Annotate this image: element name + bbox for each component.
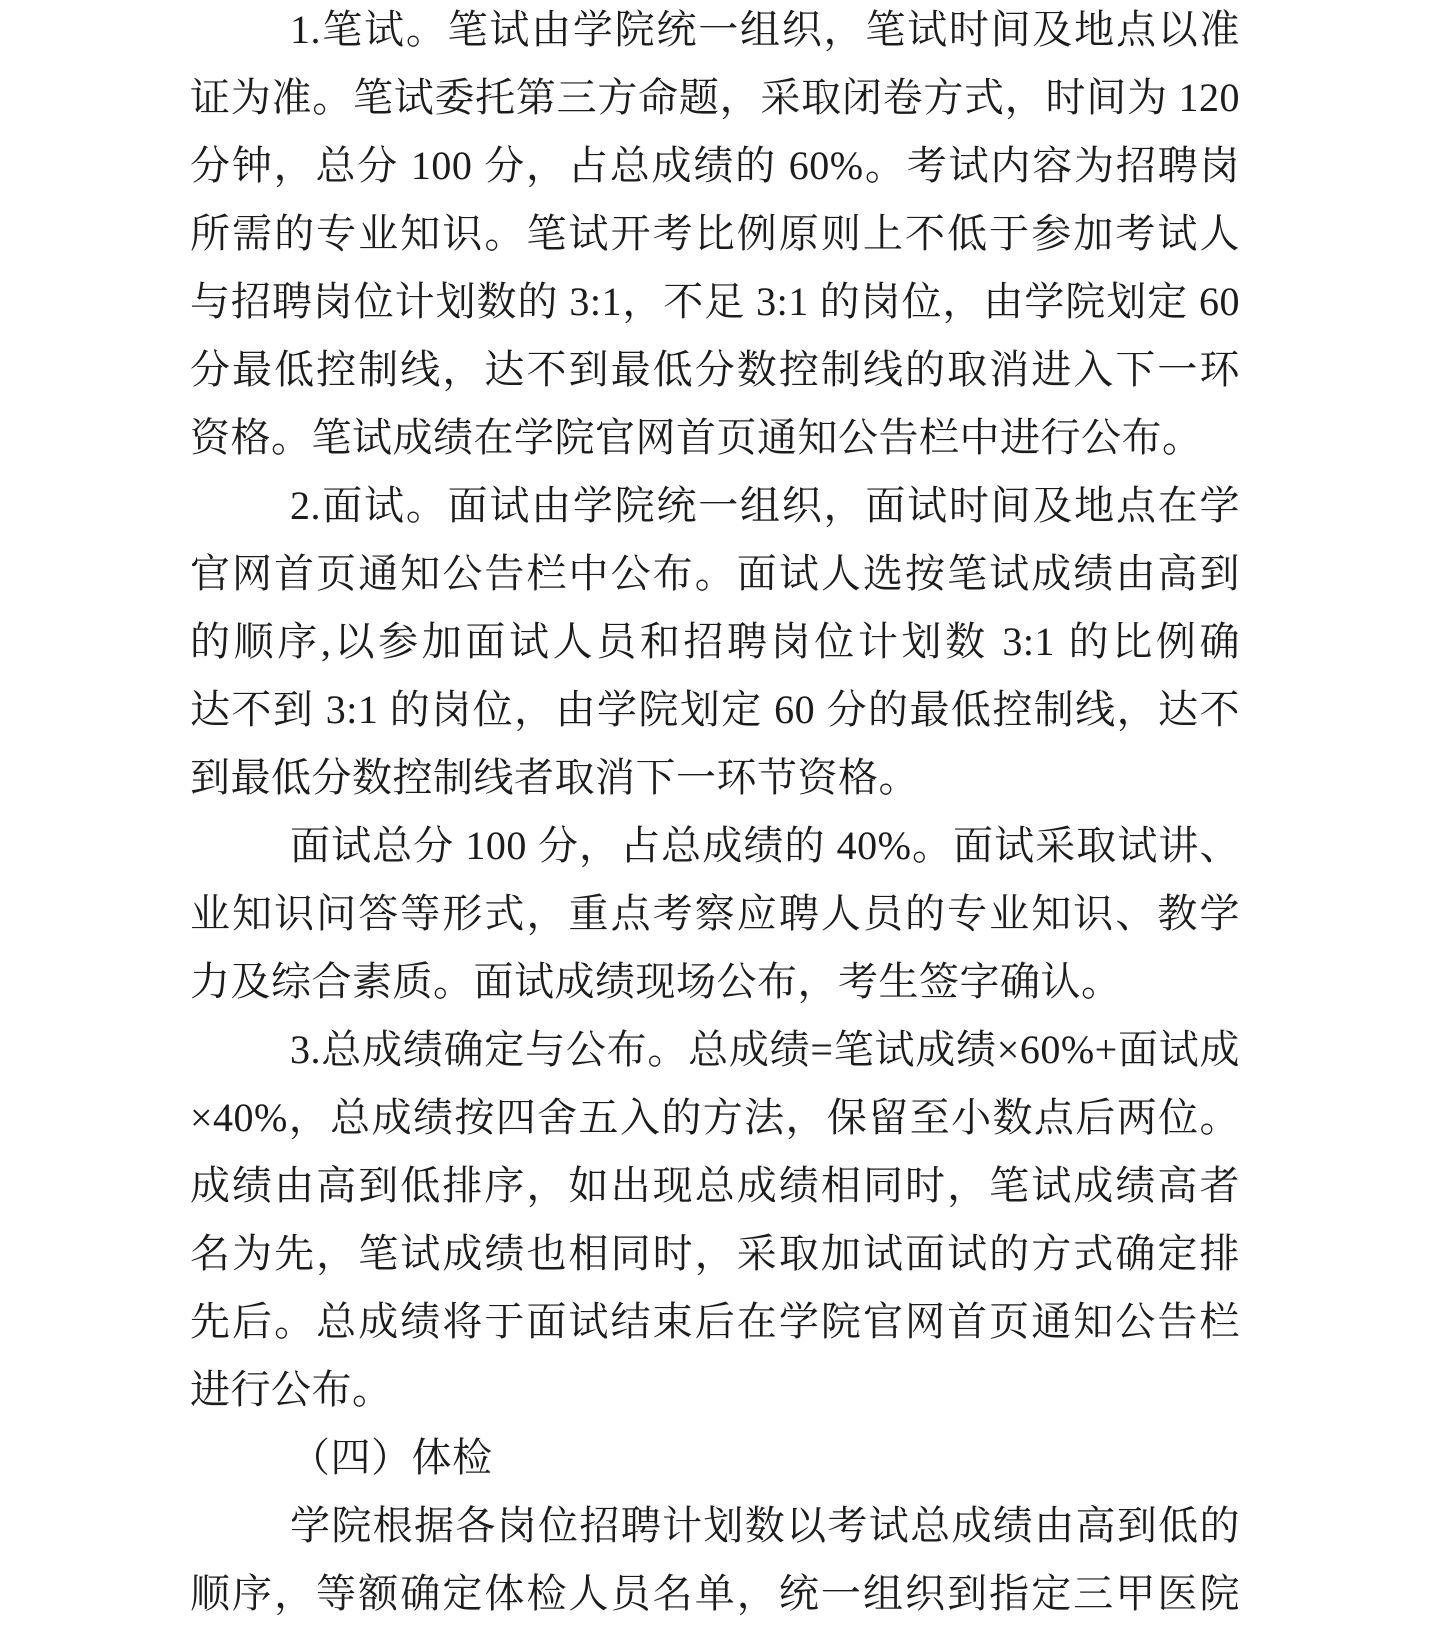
text-line: 进行公布。: [190, 1356, 1240, 1424]
text-line: 面试总分 100 分，占总成绩的 40%。面试采取试讲、专: [190, 812, 1240, 880]
text-line: 先后。总成绩将于面试结束后在学院官网首页通知公告栏中: [190, 1288, 1240, 1356]
text-line: 业知识问答等形式，重点考察应聘人员的专业知识、教学能: [190, 880, 1240, 948]
text-line: 力及综合素质。面试成绩现场公布，考生签字确认。: [190, 948, 1240, 1016]
para-physical-exam: 学院根据各岗位招聘计划数以考试总成绩由高到低的顺序，等额确定体检人员名单，统一组…: [190, 1492, 1240, 1628]
para-interview-score: 面试总分 100 分，占总成绩的 40%。面试采取试讲、专业知识问答等形式，重点…: [190, 812, 1240, 1016]
text-line: 所需的专业知识。笔试开考比例原则上不低于参加考试人数: [190, 200, 1240, 268]
para-total-score: 3.总成绩确定与公布。总成绩=笔试成绩×60%+面试成绩×40%，总成绩按四舍五…: [190, 1016, 1240, 1424]
text-line: 3.总成绩确定与公布。总成绩=笔试成绩×60%+面试成绩: [190, 1016, 1240, 1084]
text-line: ×40%，总成绩按四舍五入的方法，保留至小数点后两位。总: [190, 1084, 1240, 1152]
para-written-test: 1.笔试。笔试由学院统一组织，笔试时间及地点以准考证为准。笔试委托第三方命题，采…: [190, 0, 1240, 472]
text-line: 证为准。笔试委托第三方命题，采取闭卷方式，时间为 120: [190, 64, 1240, 132]
text-line: 分最低控制线，达不到最低分数控制线的取消进入下一环节: [190, 336, 1240, 404]
heading-physical-exam: （四）体检: [190, 1424, 1240, 1492]
text-line: （四）体检: [190, 1424, 1240, 1492]
text-line: 成绩由高到低排序，如出现总成绩相同时，笔试成绩高者排: [190, 1152, 1240, 1220]
text-line: 学院根据各岗位招聘计划数以考试总成绩由高到低的: [190, 1492, 1240, 1560]
text-line: 分钟，总分 100 分，占总成绩的 60%。考试内容为招聘岗位: [190, 132, 1240, 200]
document-page: 1.笔试。笔试由学院统一组织，笔试时间及地点以准考证为准。笔试委托第三方命题，采…: [0, 0, 1445, 1629]
text-line: 2.面试。面试由学院统一组织，面试时间及地点在学院: [190, 472, 1240, 540]
text-line: 与招聘岗位计划数的 3:1，不足 3:1 的岗位，由学院划定 60: [190, 268, 1240, 336]
text-line: 达不到 3:1 的岗位，由学院划定 60 分的最低控制线，达不: [190, 676, 1240, 744]
text-line: 名为先，笔试成绩也相同时，采取加试面试的方式确定排名: [190, 1220, 1240, 1288]
document-content: 1.笔试。笔试由学院统一组织，笔试时间及地点以准考证为准。笔试委托第三方命题，采…: [190, 0, 1240, 1628]
text-line: 到最低分数控制线者取消下一环节资格。: [190, 744, 1240, 812]
text-line: 资格。笔试成绩在学院官网首页通知公告栏中进行公布。: [190, 404, 1240, 472]
para-interview: 2.面试。面试由学院统一组织，面试时间及地点在学院官网首页通知公告栏中公布。面试…: [190, 472, 1240, 812]
text-line: 官网首页通知公告栏中公布。面试人选按笔试成绩由高到低: [190, 540, 1240, 608]
text-line: 1.笔试。笔试由学院统一组织，笔试时间及地点以准考: [190, 0, 1240, 64]
text-line: 顺序，等额确定体检人员名单，统一组织到指定三甲医院进: [190, 1560, 1240, 1628]
text-line: 的顺序,以参加面试人员和招聘岗位计划数 3:1 的比例确定，: [190, 608, 1240, 676]
